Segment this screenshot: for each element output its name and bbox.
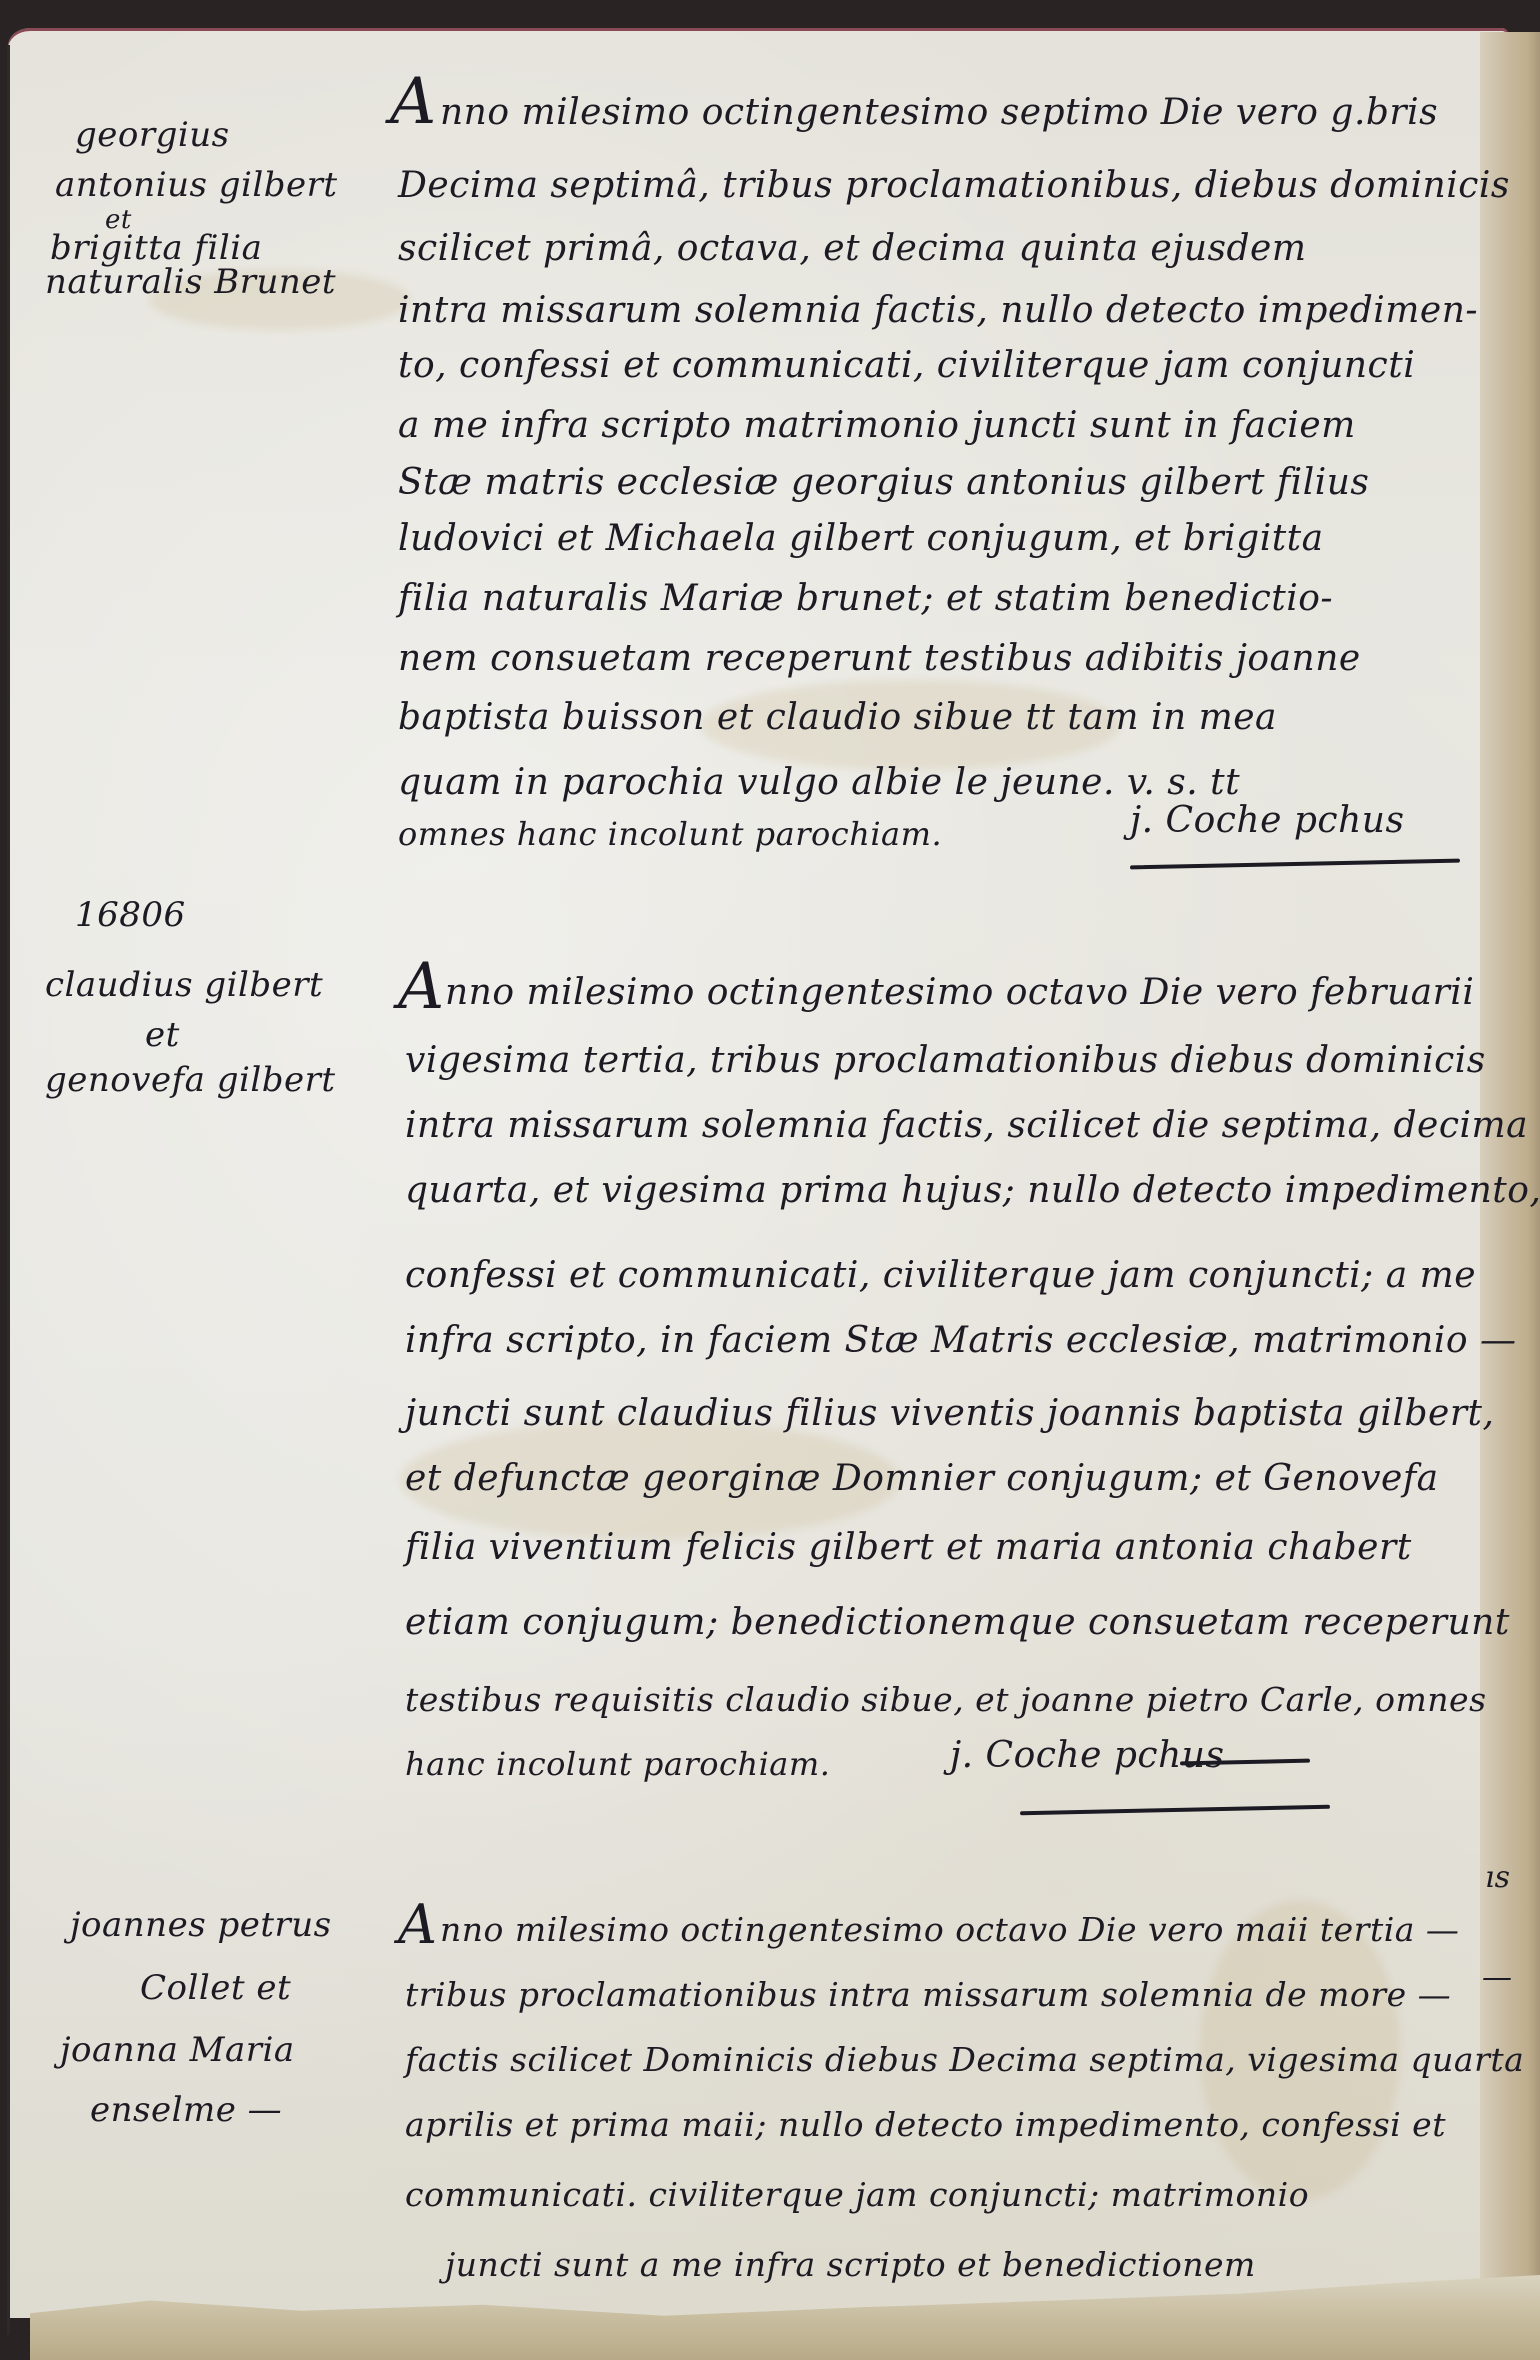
entry-text-line: Decima septimâ, tribus proclamationibus,… bbox=[398, 165, 1510, 206]
entry-text-line: nno milesimo octingentesimo octavo Die v… bbox=[445, 972, 1474, 1013]
entry-text-line: nno milesimo octingentesimo septimo Die … bbox=[440, 92, 1438, 133]
margin-name-line: antonius gilbert bbox=[55, 165, 338, 205]
entry-text-line: etiam conjugum; benedictionemque consuet… bbox=[405, 1602, 1510, 1643]
margin-name-line: naturalis Brunet bbox=[45, 262, 336, 302]
entry-text-line: juncti sunt claudius filius viventis joa… bbox=[405, 1393, 1494, 1434]
entry-text-line: filia viventium felicis gilbert et maria… bbox=[405, 1527, 1412, 1568]
margin-name-line: georgius bbox=[75, 115, 230, 155]
entry-text-line: confessi et communicati, civiliterque ja… bbox=[405, 1255, 1476, 1296]
entry-text-line: nem consuetam receperunt testibus adibit… bbox=[398, 638, 1361, 679]
margin-name-line: et bbox=[145, 1015, 180, 1055]
margin-entry-number: 16806 bbox=[75, 895, 186, 935]
edge-ink-mark: ıs bbox=[1485, 1860, 1510, 1895]
entry-text-line: omnes hanc incolunt parochiam. bbox=[398, 815, 942, 853]
entry-text-line: factis scilicet Dominicis diebus Decima … bbox=[405, 2040, 1524, 2079]
entry-text-line: aprilis et prima maii; nullo detecto imp… bbox=[405, 2105, 1446, 2144]
entry-text-line: baptista buisson et claudio sibue tt tam… bbox=[398, 697, 1277, 738]
entry-text-line: scilicet primâ, octava, et decima quinta… bbox=[398, 228, 1306, 269]
entry-text-line: communicati. civiliterque jam conjuncti;… bbox=[405, 2175, 1309, 2214]
entry-text-line: et defunctæ georginæ Domnier conjugum; e… bbox=[405, 1458, 1439, 1499]
gutter-rule bbox=[7, 45, 10, 2335]
drop-capital: A bbox=[398, 955, 445, 1019]
entry-text-line: quarta, et vigesima prima hujus; nullo d… bbox=[405, 1170, 1540, 1211]
margin-name-line: Collet et bbox=[140, 1968, 291, 2008]
margin-name-line: enselme — bbox=[90, 2090, 282, 2130]
entry-text-line: nno milesimo octingentesimo octavo Die v… bbox=[440, 1910, 1459, 1949]
entry-text-line: testibus requisitis claudio sibue, et jo… bbox=[405, 1680, 1487, 1719]
entry-text-line: filia naturalis Mariæ brunet; et statim … bbox=[398, 578, 1333, 619]
margin-name-line: joannes petrus bbox=[70, 1905, 332, 1945]
priest-signature: j. Coche pchus bbox=[1130, 800, 1404, 841]
entry-text-line: intra missarum solemnia factis, nullo de… bbox=[398, 290, 1478, 331]
entry-text-line: intra missarum solemnia factis, scilicet… bbox=[405, 1105, 1528, 1146]
entry-text-line: vigesima tertia, tribus proclamationibus… bbox=[405, 1040, 1486, 1081]
entry-text-line: tribus proclamationibus intra missarum s… bbox=[405, 1975, 1451, 2014]
drop-capital: A bbox=[390, 70, 437, 134]
entry-text-line: infra scripto, in faciem Stæ Matris eccl… bbox=[405, 1320, 1516, 1361]
entry-text-line: juncti sunt a me infra scripto et benedi… bbox=[445, 2245, 1256, 2284]
priest-signature: j. Coche pchus bbox=[950, 1735, 1224, 1776]
entry-text-line: ludovici et Michaela gilbert conjugum, e… bbox=[398, 518, 1324, 559]
entry-text-line: to, confessi et communicati, civiliterqu… bbox=[398, 345, 1415, 386]
edge-ink-mark: — bbox=[1482, 1960, 1512, 1995]
drop-capital: A bbox=[398, 1898, 438, 1952]
entry-text-line: Stæ matris ecclesiæ georgius antonius gi… bbox=[398, 462, 1369, 503]
entry-text-line: quam in parochia vulgo albie le jeune. v… bbox=[398, 762, 1240, 803]
entry-text-line: hanc incolunt parochiam. bbox=[405, 1745, 830, 1783]
margin-name-line: genovefa gilbert bbox=[45, 1060, 336, 1100]
entry-text-line: a me infra scripto matrimonio juncti sun… bbox=[398, 405, 1356, 446]
margin-name-line: claudius gilbert bbox=[45, 965, 323, 1005]
margin-name-line: joanna Maria bbox=[60, 2030, 295, 2070]
